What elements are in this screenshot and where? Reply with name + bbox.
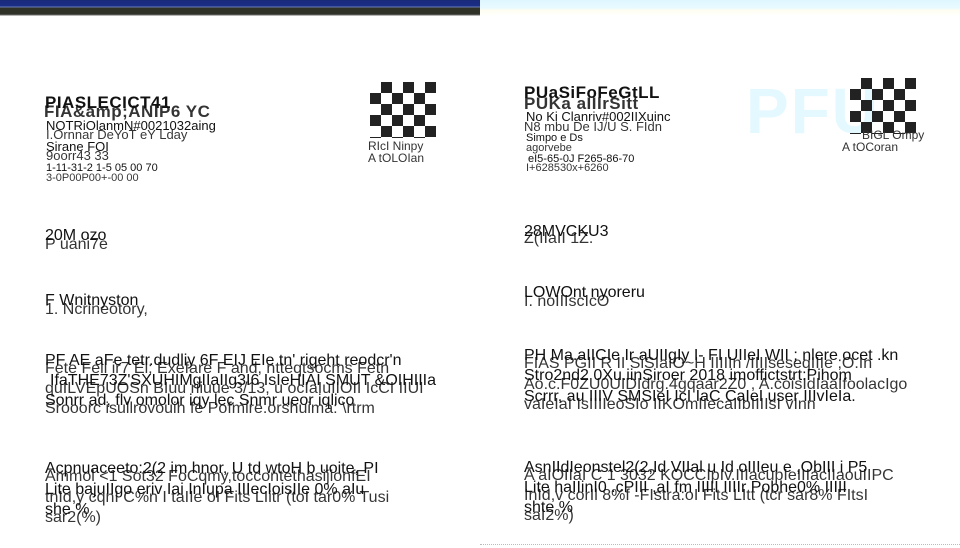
top-bar-left: [0, 0, 480, 16]
logo-caption: RIcI Ninpy A tOLOIan: [368, 140, 424, 164]
right-document-page: PUaSiFoFeGtLL PUKa aIIIrSitt No Ki Clanr…: [480, 16, 960, 548]
page-bottom-divider: [480, 544, 960, 545]
body-paragraph-line: vaIeIaI IsIIIIeoSIo IIKOmIIecaIIbIIIIsI …: [524, 397, 816, 413]
company-logo-icon: [850, 78, 916, 134]
subject-line: P uani7e: [45, 236, 108, 254]
address-line: I+628530x+6260: [526, 162, 609, 174]
salutation: 1. Ncrineotory,: [45, 301, 148, 319]
company-logo-icon: [370, 82, 436, 138]
address-line: 9oorr43 33: [46, 148, 109, 163]
body-paragraph-line: Srooorc isullrovouih fe Pofmire.orshuima…: [45, 401, 375, 417]
body-paragraph-line: InId,v corIl 8%f -FIstra:oI Fits LItt (t…: [524, 488, 868, 504]
body-paragraph-line: tnId,y cqnI C%n I taIIe oI Fits LIitr (t…: [45, 490, 389, 506]
address-line: 3-0P00P00+-00 00: [46, 172, 139, 184]
body-paragraph-line: sar2(%): [45, 510, 101, 526]
body-paragraph-line: saI2%): [524, 508, 574, 524]
left-document-page: PIASLECICT41 FIA&amp;ANIP6 YC NOTRiOlanm…: [0, 16, 480, 548]
salutation: I. noIIIscIcO: [524, 293, 609, 311]
subject-line: Z(IIaII 1Z.: [524, 230, 593, 248]
logo-caption: BIGL Ompy A tOCoran: [842, 129, 924, 153]
top-bar-right: [480, 0, 960, 16]
